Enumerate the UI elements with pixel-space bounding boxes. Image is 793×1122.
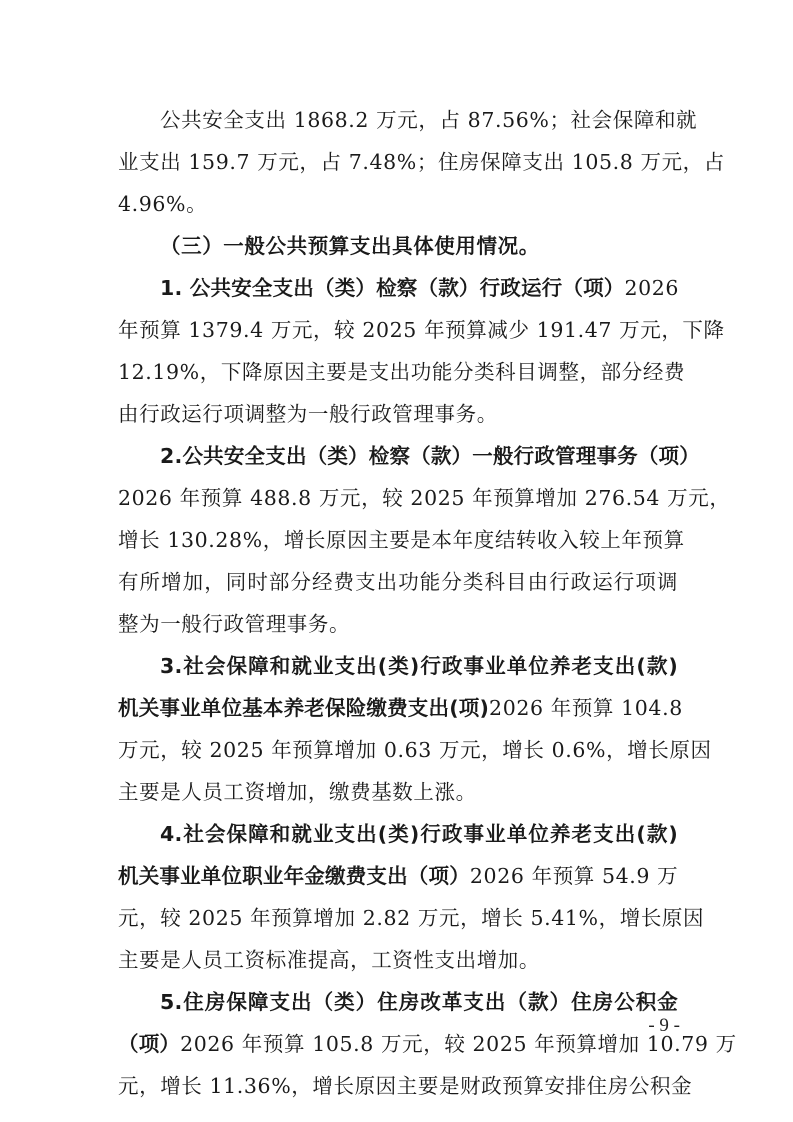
item-3-line-4: 主要是人员工资增加，缴费基数上涨。 — [118, 778, 678, 806]
document-page: 公共安全支出 1868.2 万元，占 87.56%；社会保障和就 业支出 159… — [0, 0, 793, 1122]
item-4-line-3: 元，较 2025 年预算增加 2.82 万元，增长 5.41%，增长原因 — [118, 904, 678, 932]
item-5-line-3: 元，增长 11.36%，增长原因主要是财政预算安排住房公积金 — [118, 1072, 678, 1100]
section-heading: （三）一般公共预算支出具体使用情况。 — [160, 232, 678, 260]
item-3-title: 3.社会保障和就业支出(类)行政事业单位养老支出(款) — [160, 652, 678, 680]
item-4-title: 4.社会保障和就业支出(类)行政事业单位养老支出(款) — [160, 820, 678, 848]
item-3-line-3: 万元，较 2025 年预算增加 0.63 万元，增长 0.6%，增长原因 — [118, 736, 678, 764]
item-1-year: 2026 — [625, 276, 680, 300]
page-number: - 9 - — [620, 1014, 680, 1038]
intro-line-2: 业支出 159.7 万元，占 7.48%；住房保障支出 105.8 万元，占 — [118, 148, 678, 176]
item-2-line-4: 有所增加，同时部分经费支出功能分类科目由行政运行项调 — [118, 568, 678, 596]
intro-line-1: 公共安全支出 1868.2 万元，占 87.56%；社会保障和就 — [160, 106, 678, 134]
item-5-title: 5.住房保障支出（类）住房改革支出（款）住房公积金 — [160, 988, 678, 1016]
item-2-title: 2.公共安全支出（类）检察（款）一般行政管理事务（项） — [160, 442, 678, 470]
item-3-title-cont: 机关事业单位基本养老保险缴费支出(项) — [118, 696, 489, 720]
item-4-title-cont: 机关事业单位职业年金缴费支出（项） — [118, 864, 470, 888]
item-5-line-2: （项）2026 年预算 105.8 万元，较 2025 年预算增加 10.79 … — [118, 1030, 678, 1058]
item-3-budget: 2026 年预算 104.8 — [489, 696, 683, 720]
item-3-line-2: 机关事业单位基本养老保险缴费支出(项)2026 年预算 104.8 — [118, 694, 678, 722]
item-1-title: 1. 公共安全支出（类）检察（款）行政运行（项） — [160, 276, 625, 300]
item-2-line-2: 2026 年预算 488.8 万元，较 2025 年预算增加 276.54 万元… — [118, 484, 678, 512]
item-1-line-1: 1. 公共安全支出（类）检察（款）行政运行（项）2026 — [160, 274, 678, 302]
item-1-line-3: 12.19%，下降原因主要是支出功能分类科目调整，部分经费 — [118, 358, 678, 386]
item-5-title-cont: （项） — [118, 1032, 180, 1056]
item-4-budget: 2026 年预算 54.9 万 — [470, 864, 678, 888]
item-4-line-2: 机关事业单位职业年金缴费支出（项）2026 年预算 54.9 万 — [118, 862, 678, 890]
item-4-line-4: 主要是人员工资标准提高，工资性支出增加。 — [118, 946, 678, 974]
item-2-line-3: 增长 130.28%，增长原因主要是本年度结转收入较上年预算 — [118, 526, 678, 554]
item-2-line-5: 整为一般行政管理事务。 — [118, 610, 678, 638]
intro-line-3: 4.96%。 — [118, 190, 678, 218]
item-1-line-4: 由行政运行项调整为一般行政管理事务。 — [118, 400, 678, 428]
item-1-line-2: 年预算 1379.4 万元，较 2025 年预算减少 191.47 万元，下降 — [118, 316, 678, 344]
